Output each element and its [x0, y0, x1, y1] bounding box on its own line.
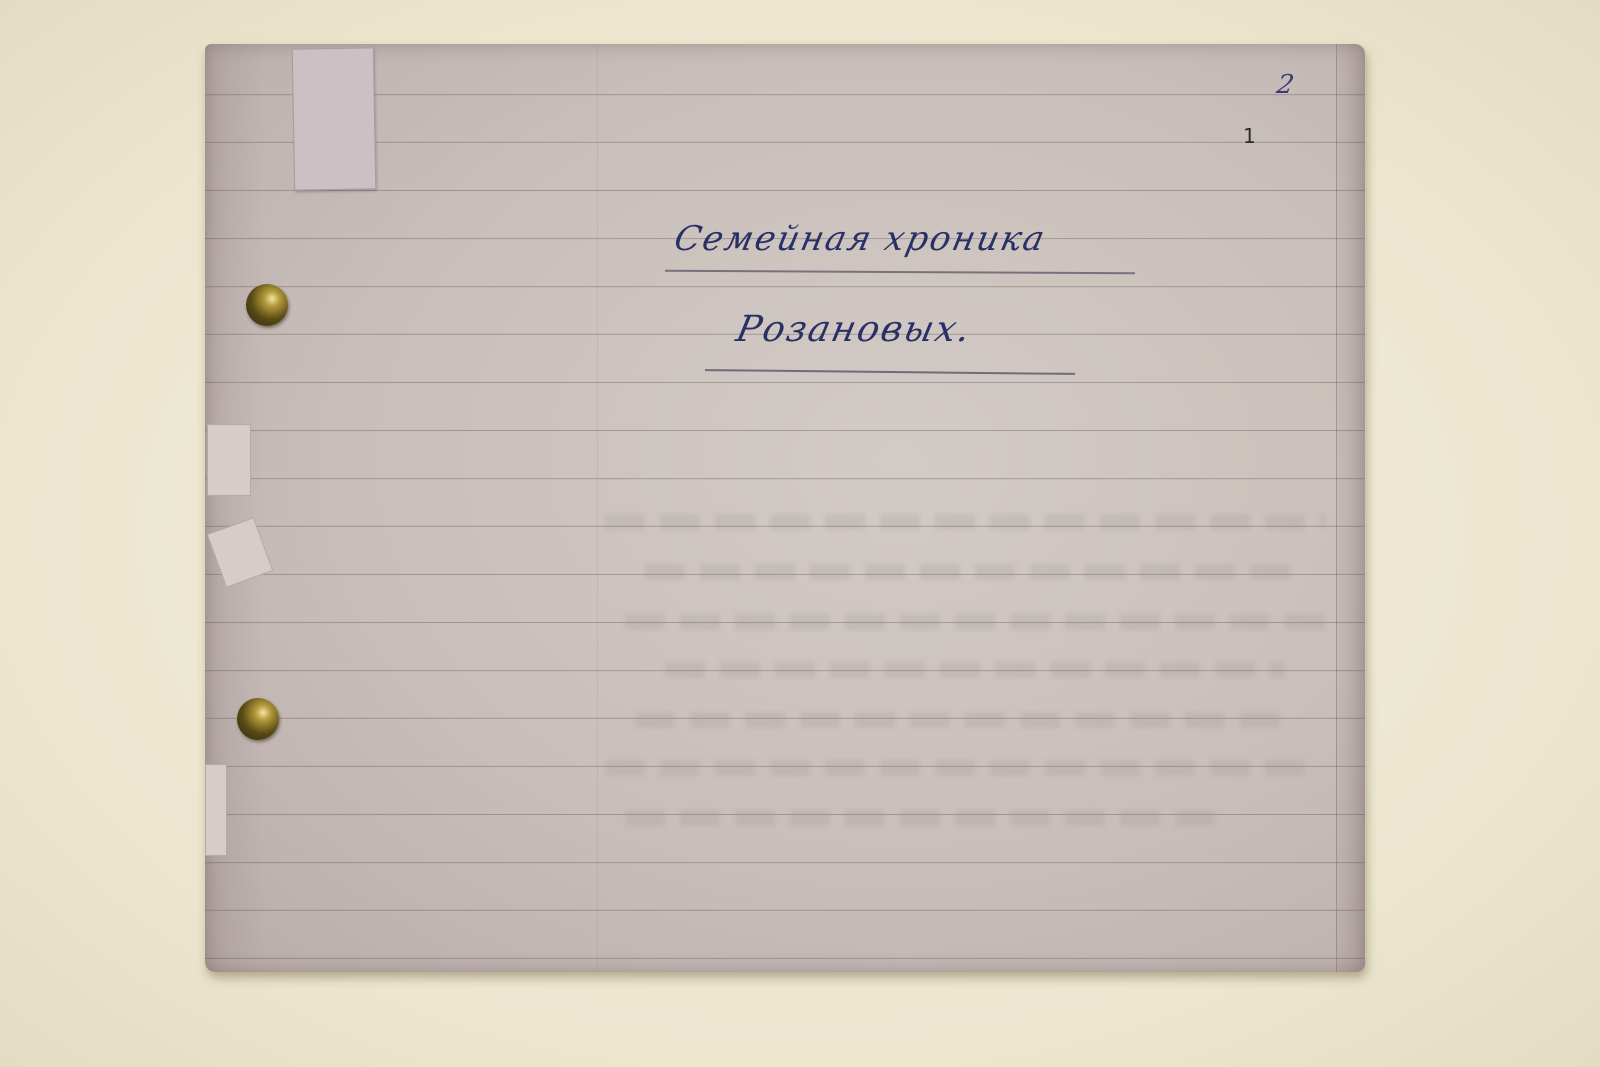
- paper-repair-patch: [292, 47, 376, 190]
- faded-bleedthrough-text: [625, 614, 1325, 630]
- faded-bleedthrough-text: [625, 810, 1225, 826]
- faded-bleedthrough-text: [635, 712, 1285, 728]
- ruled-lines: [205, 44, 1365, 972]
- stamped-page-number: 1: [1243, 124, 1256, 148]
- faded-bleedthrough-text: [605, 514, 1325, 530]
- torn-paper-edge: [205, 764, 227, 856]
- faded-bleedthrough-text: [645, 564, 1305, 580]
- title-line-1: Семейная хроника: [671, 219, 1050, 259]
- page-edge-strip: [1336, 44, 1365, 972]
- brass-rivet-top: [246, 284, 288, 326]
- torn-paper-edge: [207, 424, 251, 496]
- brass-rivet-bottom: [237, 698, 279, 740]
- notebook-cover: 2 1 Семейная хроника Розановых.: [205, 44, 1365, 972]
- title-line-2: Розановых.: [733, 309, 976, 350]
- faded-bleedthrough-text: [665, 662, 1285, 678]
- faded-margin-line: [597, 44, 598, 972]
- faded-bleedthrough-text: [605, 760, 1305, 776]
